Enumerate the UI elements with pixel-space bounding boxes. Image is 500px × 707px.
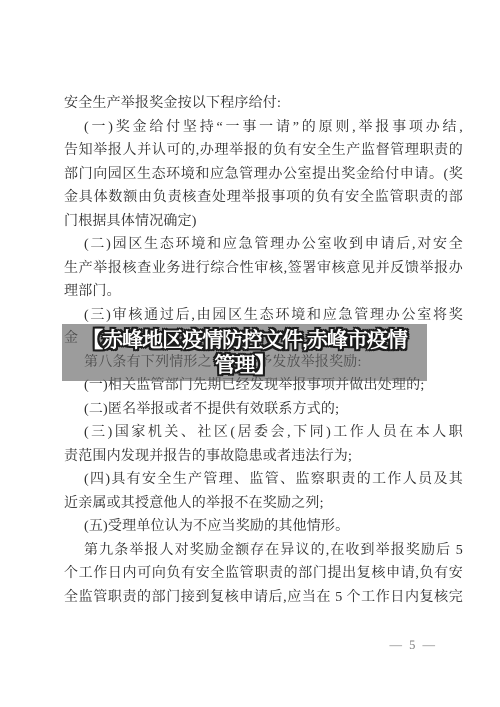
document-line: 部门向园区生态环境和应急管理办公室提出奖金给付申请。(奖 <box>64 163 463 187</box>
document-line: 安全生产举报奖金按以下程序给付: <box>64 92 463 116</box>
watermark-text-line2: 管理】 <box>215 353 275 378</box>
document-line: (三)国家机关、社区(居委会,下同)工作人员在本人职 <box>64 421 463 445</box>
document-line: 个工作日内可向负有安全监管职责的部门提出复核申请,负有安 <box>64 562 463 586</box>
watermark-banner: 【赤峰地区疫情防控文件,赤峰市疫情 管理】 <box>62 324 427 381</box>
document-line: 第九条举报人对奖励金额存在异议的,在收到举报奖励后 5 <box>64 539 463 563</box>
document-line: 全监管职责的部门接到复核申请后,应当在 5 个工作日内复核完 <box>64 586 463 610</box>
document-line: 金具体数额由负责核查处理举报事项的负有安全监管职责的部 <box>64 186 463 210</box>
document-line: 近亲属或其授意他人的举报不在奖励之列; <box>64 492 463 516</box>
document-line: 门根据具体情况确定) <box>64 210 463 234</box>
watermark-text-line1: 【赤峰地区疫情防控文件,赤峰市疫情 <box>82 328 407 353</box>
scanned-document-page: { "page": { "background": "#ffffff", "bo… <box>0 0 500 707</box>
document-line: 生产举报核查业务进行综合性审核,签署审核意见并反馈举报办 <box>64 257 463 281</box>
document-line: (一)奖金给付坚持“一事一请”的原则,举报事项办结, <box>64 116 463 140</box>
document-line: 告知举报人并认可的,办理举报的负有安全生产监督管理职责的 <box>64 139 463 163</box>
document-line: (四)具有安全生产管理、监管、监察职责的工作人员及其 <box>64 468 463 492</box>
document-line: (二)园区生态环境和应急管理办公室收到申请后,对安全 <box>64 233 463 257</box>
document-line: 理部门。 <box>64 280 463 304</box>
document-line: 责范围内发现并报告的事故隐患或者违法行为; <box>64 445 463 469</box>
document-line: (五)受理单位认为不应当奖励的其他情形。 <box>64 515 463 539</box>
document-line: (二)匿名举报或者不提供有效联系方式的; <box>64 398 463 422</box>
page-number: — 5 — <box>390 638 438 652</box>
